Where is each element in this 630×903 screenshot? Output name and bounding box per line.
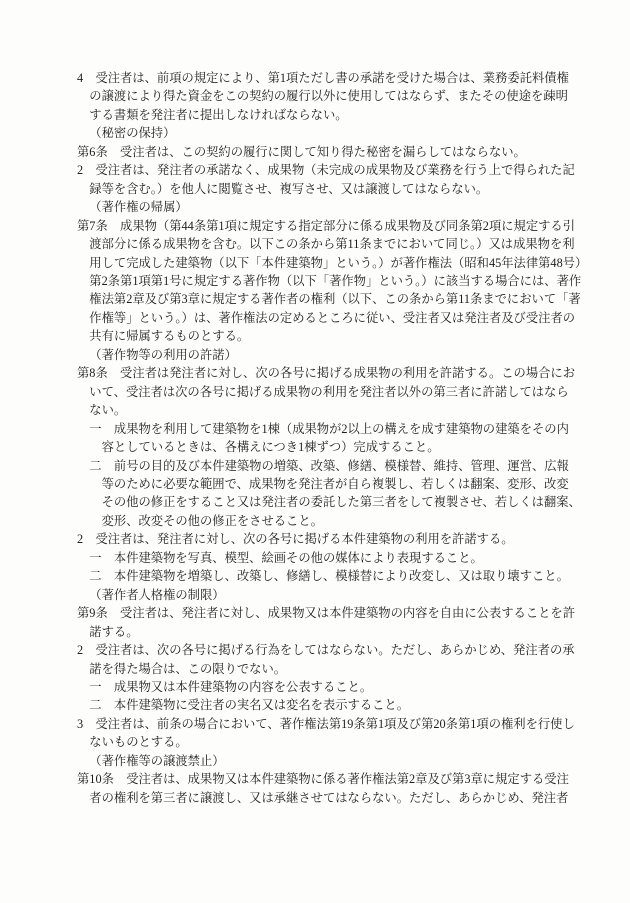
text-line: 第2条第1項第1号に規定する著作物（以下「著作物」という。）に該当する場合には、…	[77, 272, 569, 290]
text-line: 諾を得た場合は、この限りでない。	[77, 660, 569, 678]
text-line: 者の権利を第三者に譲渡し、又は承継させてはならない。ただし、あらかじめ、発注者	[77, 789, 569, 807]
text-line: ないものとする。	[77, 733, 569, 751]
text-line: 4 受注者は、前項の規定により、第1項ただし書の承諾を受けた場合は、業務委託料債…	[77, 69, 569, 87]
text-line: 作権等」という。）は、著作権法の定めるところに従い、受注者又は発注者及び受注者の	[77, 309, 569, 327]
text-line: （著作物等の利用の許諾）	[77, 346, 569, 364]
text-line: （著作者人格権の制限）	[77, 586, 569, 604]
text-line: 2 受注者は、次の各号に掲げる行為をしてはならない。ただし、あらかじめ、発注者の…	[77, 641, 569, 659]
text-line: 2 受注者は、発注者に対し、次の各号に掲げる本件建築物の利用を許諾する。	[77, 530, 569, 548]
text-line: （著作権等の譲渡禁止）	[77, 752, 569, 770]
text-line: 用して完成した建築物（以下「本件建築物」という。）が著作権法（昭和45年法律第4…	[77, 254, 569, 272]
text-line: 等のために必要な範囲で、成果物を発注者が自ら複製し、若しくは翻案、変形、改変	[77, 475, 569, 493]
text-line: （著作権の帰属）	[77, 198, 569, 216]
text-line: 第9条 受注者は、発注者に対し、成果物又は本件建築物の内容を自由に公表することを…	[77, 604, 569, 622]
text-line: その他の修正をすること又は発注者の委託した第三者をして複製させ、若しくは翻案、	[77, 493, 569, 511]
text-line: 第6条 受注者は、この契約の履行に関して知り得た秘密を漏らしてはならない。	[77, 143, 569, 161]
text-line: 変形、改変その他の修正をさせること。	[77, 512, 569, 530]
text-line: 権法第2章及び第3章に規定する著作者の権利（以下、この条から第11条までにおいて…	[77, 290, 569, 308]
text-line: 第10条 受注者は、成果物又は本件建築物に係る著作権法第2章及び第3章に規定する…	[77, 770, 569, 788]
text-line: 2 受注者は、発注者の承諾なく、成果物（未完成の成果物及び業務を行う上で得られた…	[77, 161, 569, 179]
text-line: （秘密の保持）	[77, 124, 569, 142]
text-line: 共有に帰属するものとする。	[77, 327, 569, 345]
text-line: する書類を発注者に提出しなければならない。	[77, 106, 569, 124]
text-line: 二 前号の目的及び本件建築物の増築、改築、修繕、模様替、維持、管理、運営、広報	[77, 457, 569, 475]
text-line: 録等を含む。）を他人に閲覧させ、複写させ、又は譲渡してはならない。	[77, 180, 569, 198]
text-line: 第7条 成果物（第44条第1項に規定する指定部分に係る成果物及び同条第2項に規定…	[77, 217, 569, 235]
text-line: ない。	[77, 401, 569, 419]
text-line: の譲渡により得た資金をこの契約の履行以外に使用してはならず、またその使途を疎明	[77, 87, 569, 105]
text-line: 容としているときは、各構えにつき1棟ずつ）完成すること。	[77, 438, 569, 456]
text-line: 二 本件建築物に受注者の実名又は変名を表示すること。	[77, 696, 569, 714]
text-line: いて、受注者は次の各号に掲げる成果物の利用を発注者以外の第三者に許諾してはなら	[77, 383, 569, 401]
text-line: 二 本件建築物を増築し、改築し、修繕し、模様替により改変し、又は取り壊すこと。	[77, 567, 569, 585]
text-line: 3 受注者は、前条の場合において、著作権法第19条第1項及び第20条第1項の権利…	[77, 715, 569, 733]
contract-text-body: 4 受注者は、前項の規定により、第1項ただし書の承諾を受けた場合は、業務委託料債…	[77, 69, 569, 807]
text-line: 一 成果物又は本件建築物の内容を公表すること。	[77, 678, 569, 696]
text-line: 一 本件建築物を写真、模型、絵画その他の媒体により表現すること。	[77, 549, 569, 567]
text-line: 一 成果物を利用して建築物を1棟（成果物が2以上の構えを成す建築物の建築をその内	[77, 420, 569, 438]
text-line: 渡部分に係る成果物を含む。以下この条から第11条までにおいて同じ。）又は成果物を…	[77, 235, 569, 253]
text-line: 第8条 受注者は発注者に対し、次の各号に掲げる成果物の利用を許諾する。この場合に…	[77, 364, 569, 382]
text-line: 諾する。	[77, 623, 569, 641]
contract-page: 4 受注者は、前項の規定により、第1項ただし書の承諾を受けた場合は、業務委託料債…	[0, 0, 630, 903]
